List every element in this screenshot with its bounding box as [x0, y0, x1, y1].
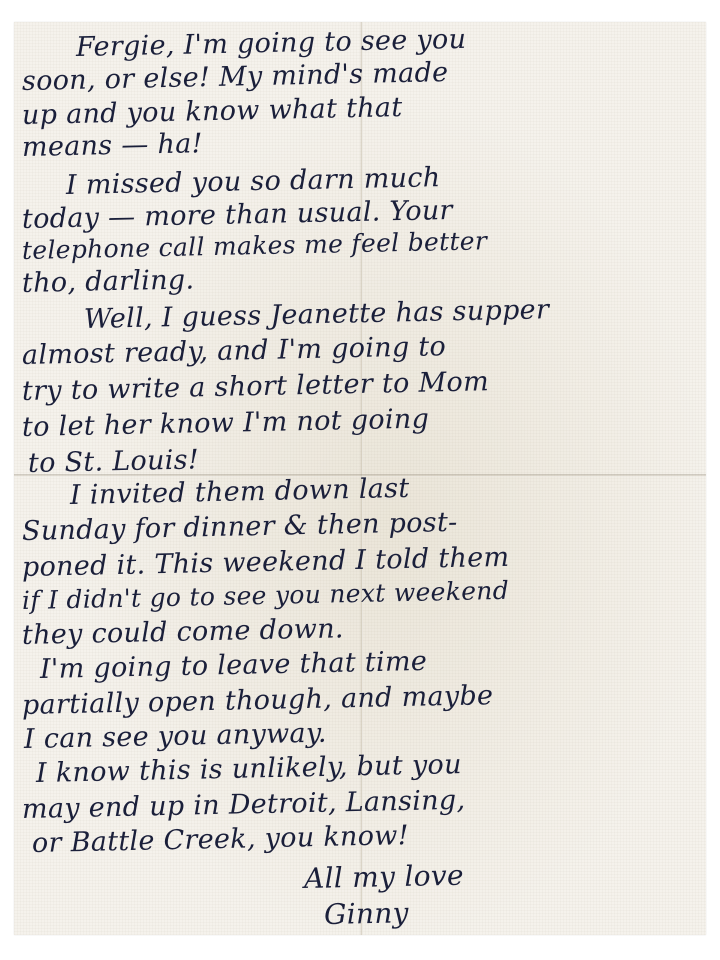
letter-line: I know this is unlikely, but you — [36, 749, 462, 789]
letter-line: to St. Louis! — [28, 444, 200, 479]
letter-body: Fergie, I'm going to see you soon, or el… — [14, 22, 706, 935]
letter-line: or Battle Creek, you know! — [32, 820, 409, 859]
letter-line: soon, or else! My mind's made — [22, 57, 449, 97]
letter-line: tho, darling. — [22, 264, 195, 299]
letter-signature: Ginny — [324, 896, 409, 931]
letter-line: Well, I guess Jeanette has supper — [84, 294, 550, 335]
letter-line: Sunday for dinner & then post- — [22, 507, 458, 547]
letter-line: I'm going to leave that time — [40, 646, 428, 685]
letter-line: up and you know what that — [22, 92, 403, 131]
letter-line: I can see you anyway. — [24, 718, 327, 755]
letter-line: they could come down. — [22, 613, 344, 651]
letter-line: I missed you so darn much — [66, 162, 441, 201]
letter-line: partially open though, and maybe — [22, 680, 494, 721]
letter-line: to let her know I'm not going — [22, 403, 430, 443]
letter-line: may end up in Detroit, Lansing, — [22, 785, 466, 825]
letter-page: Fergie, I'm going to see you soon, or el… — [14, 22, 706, 935]
letter-closing: All my love — [304, 859, 464, 895]
letter-line: almost ready, and I'm going to — [22, 331, 447, 371]
letter-line: I invited them down last — [70, 473, 410, 511]
letter-line: if I didn't go to see you next weekend — [22, 576, 510, 615]
letter-line: try to write a short letter to Mom — [22, 366, 490, 407]
letter-line: means — ha! — [22, 128, 203, 163]
